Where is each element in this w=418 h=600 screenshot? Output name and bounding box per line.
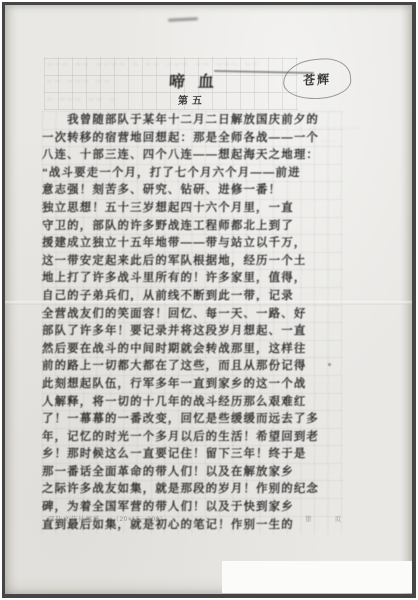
bleedthrough-ghost-text: ── ─── — [308, 139, 370, 145]
handwritten-line: 乡！那时候这么一直要记住！留下三年！终于是 — [42, 445, 343, 463]
handwritten-line: 我曾随部队于某年十二月二日解放国庆前夕的 — [42, 111, 343, 129]
handwritten-line: 八连、十部三连、四个八连——想起海天之地理： — [42, 146, 343, 164]
handwritten-line: 前的路上一切都大都在了这些，而且从那份记得 — [42, 357, 343, 375]
scanned-document-photo: ╌╌╌ ╌╌ ╌╌╌╌ ╌ ╌╌ ╌╌╌ ╌╌ ╌╌╌ ╌╌ ╌╌ ╌╌╌ ╌╌… — [0, 0, 418, 600]
bleedthrough-ghost-text: ╌ ╌╌╌ ╌╌ ╌ — [47, 95, 177, 104]
footer-publisher: 部队文艺社稿纸 — [48, 514, 101, 523]
footer-grid-spec: （20×15＝300） — [113, 514, 167, 523]
handwritten-line: 守卫的，部队的许多野战连工程师都北上到了 — [42, 217, 343, 235]
handwritten-line: 意志强！刻苦多、研究、钻研、进修一番！ — [42, 181, 343, 199]
handwritten-line: 人解释，将一切的十几年的战斗经历那么艰难红 — [42, 393, 343, 411]
handwritten-line: 地上打了许多战斗里所有的！许多家里，值得， — [42, 269, 343, 287]
handwritten-line: 然后要在战斗的中间时期就会转战那里，这样往 — [42, 340, 343, 358]
handwritten-line: 这一带安定起来此后的军队根据地，经历一个土 — [42, 252, 343, 270]
handwritten-line: 此刻想起队伍，行军多年一直到家乡的这一个战 — [42, 375, 343, 393]
handwritten-line: 年，记忆的时光一个多月以后的生活！希望回到老 — [42, 428, 343, 446]
paper-crease — [5, 301, 412, 305]
manuscript-title: 啼血 — [152, 69, 243, 92]
footer-page-label: 页 — [335, 514, 343, 523]
handwritten-line: 一次转移的宿营地回想起：那是全师各战——一个 — [42, 129, 343, 147]
bleedthrough-ghost-text: ╌╌╌ ╌╌ ╌╌╌╌ ╌ ╌╌ ╌╌╌ ╌╌ ╌╌╌ ╌╌ — [47, 60, 295, 69]
handwritten-line: 了！一幕幕的一番改变，回忆是些缓缓而远去了多 — [42, 410, 343, 428]
footer-page-label: 第 — [305, 514, 313, 523]
annotation-signature: 苍辉 — [303, 70, 331, 89]
scanned-page: ╌╌╌ ╌╌ ╌╌╌╌ ╌ ╌╌ ╌╌╌ ╌╌ ╌╌╌ ╌╌ ╌╌ ╌╌╌ ╌╌… — [2, 2, 416, 598]
handwritten-body: 我曾随部队于某年十二月二日解放国庆前夕的 一次转移的宿营地回想起：那是全师各战—… — [42, 111, 342, 533]
chapter-heading: 第五 — [178, 92, 239, 107]
printed-footer: 部队文艺社稿纸 （20×15＝300） 第 页 — [48, 514, 342, 523]
ink-smudge — [168, 17, 198, 22]
handwritten-line: “战斗要走一个月，打了七个月六个月——前进 — [42, 164, 343, 182]
ink-speck — [328, 363, 331, 366]
handwritten-line: 援建成立独立十五年地带——带与站立以千万， — [42, 234, 343, 252]
bleedthrough-ghost-text: ╌╌ ╌╌╌ ╌╌ — [47, 77, 167, 86]
handwritten-line: 独立思想！五十三岁想起四十六个月里，一直 — [42, 199, 343, 217]
handwritten-line: 全营战友们的笑面容！回忆、每一天、一路、好 — [42, 305, 343, 323]
scan-white-patch — [222, 561, 414, 593]
handwritten-line: 那一番话全面革命的带人们！以及在解放家乡 — [42, 463, 343, 481]
handwritten-line: 之际许多战友如集，就是那段的岁月！作别的纪念 — [42, 480, 343, 498]
bleedthrough-ghost-text: ─── ── ──── — [308, 126, 370, 132]
handwritten-line: 部队了许多年！要记录并将这段岁月想起、一直 — [42, 322, 343, 340]
